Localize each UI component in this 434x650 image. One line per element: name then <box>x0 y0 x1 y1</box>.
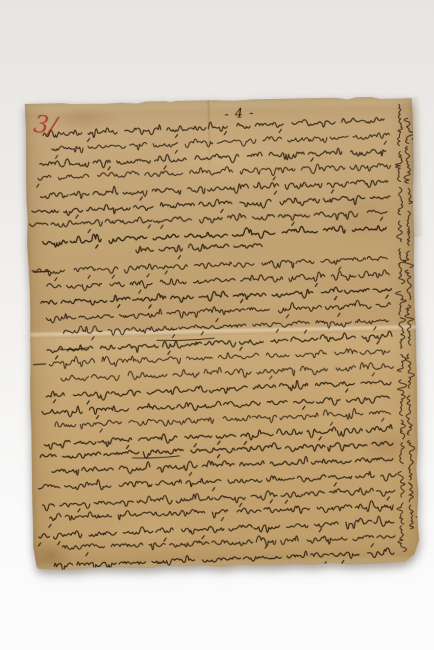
paper-sheet: 3/ - 4 - <box>24 96 421 571</box>
handwriting-layer: 3/ - 4 - <box>24 96 421 571</box>
underline-marks <box>59 338 216 460</box>
manuscript-page: 3/ - 4 - <box>24 96 421 571</box>
handwriting-body <box>28 117 399 571</box>
page-number: - 4 - <box>224 106 255 123</box>
photo-backdrop: 3/ - 4 - <box>0 0 434 650</box>
